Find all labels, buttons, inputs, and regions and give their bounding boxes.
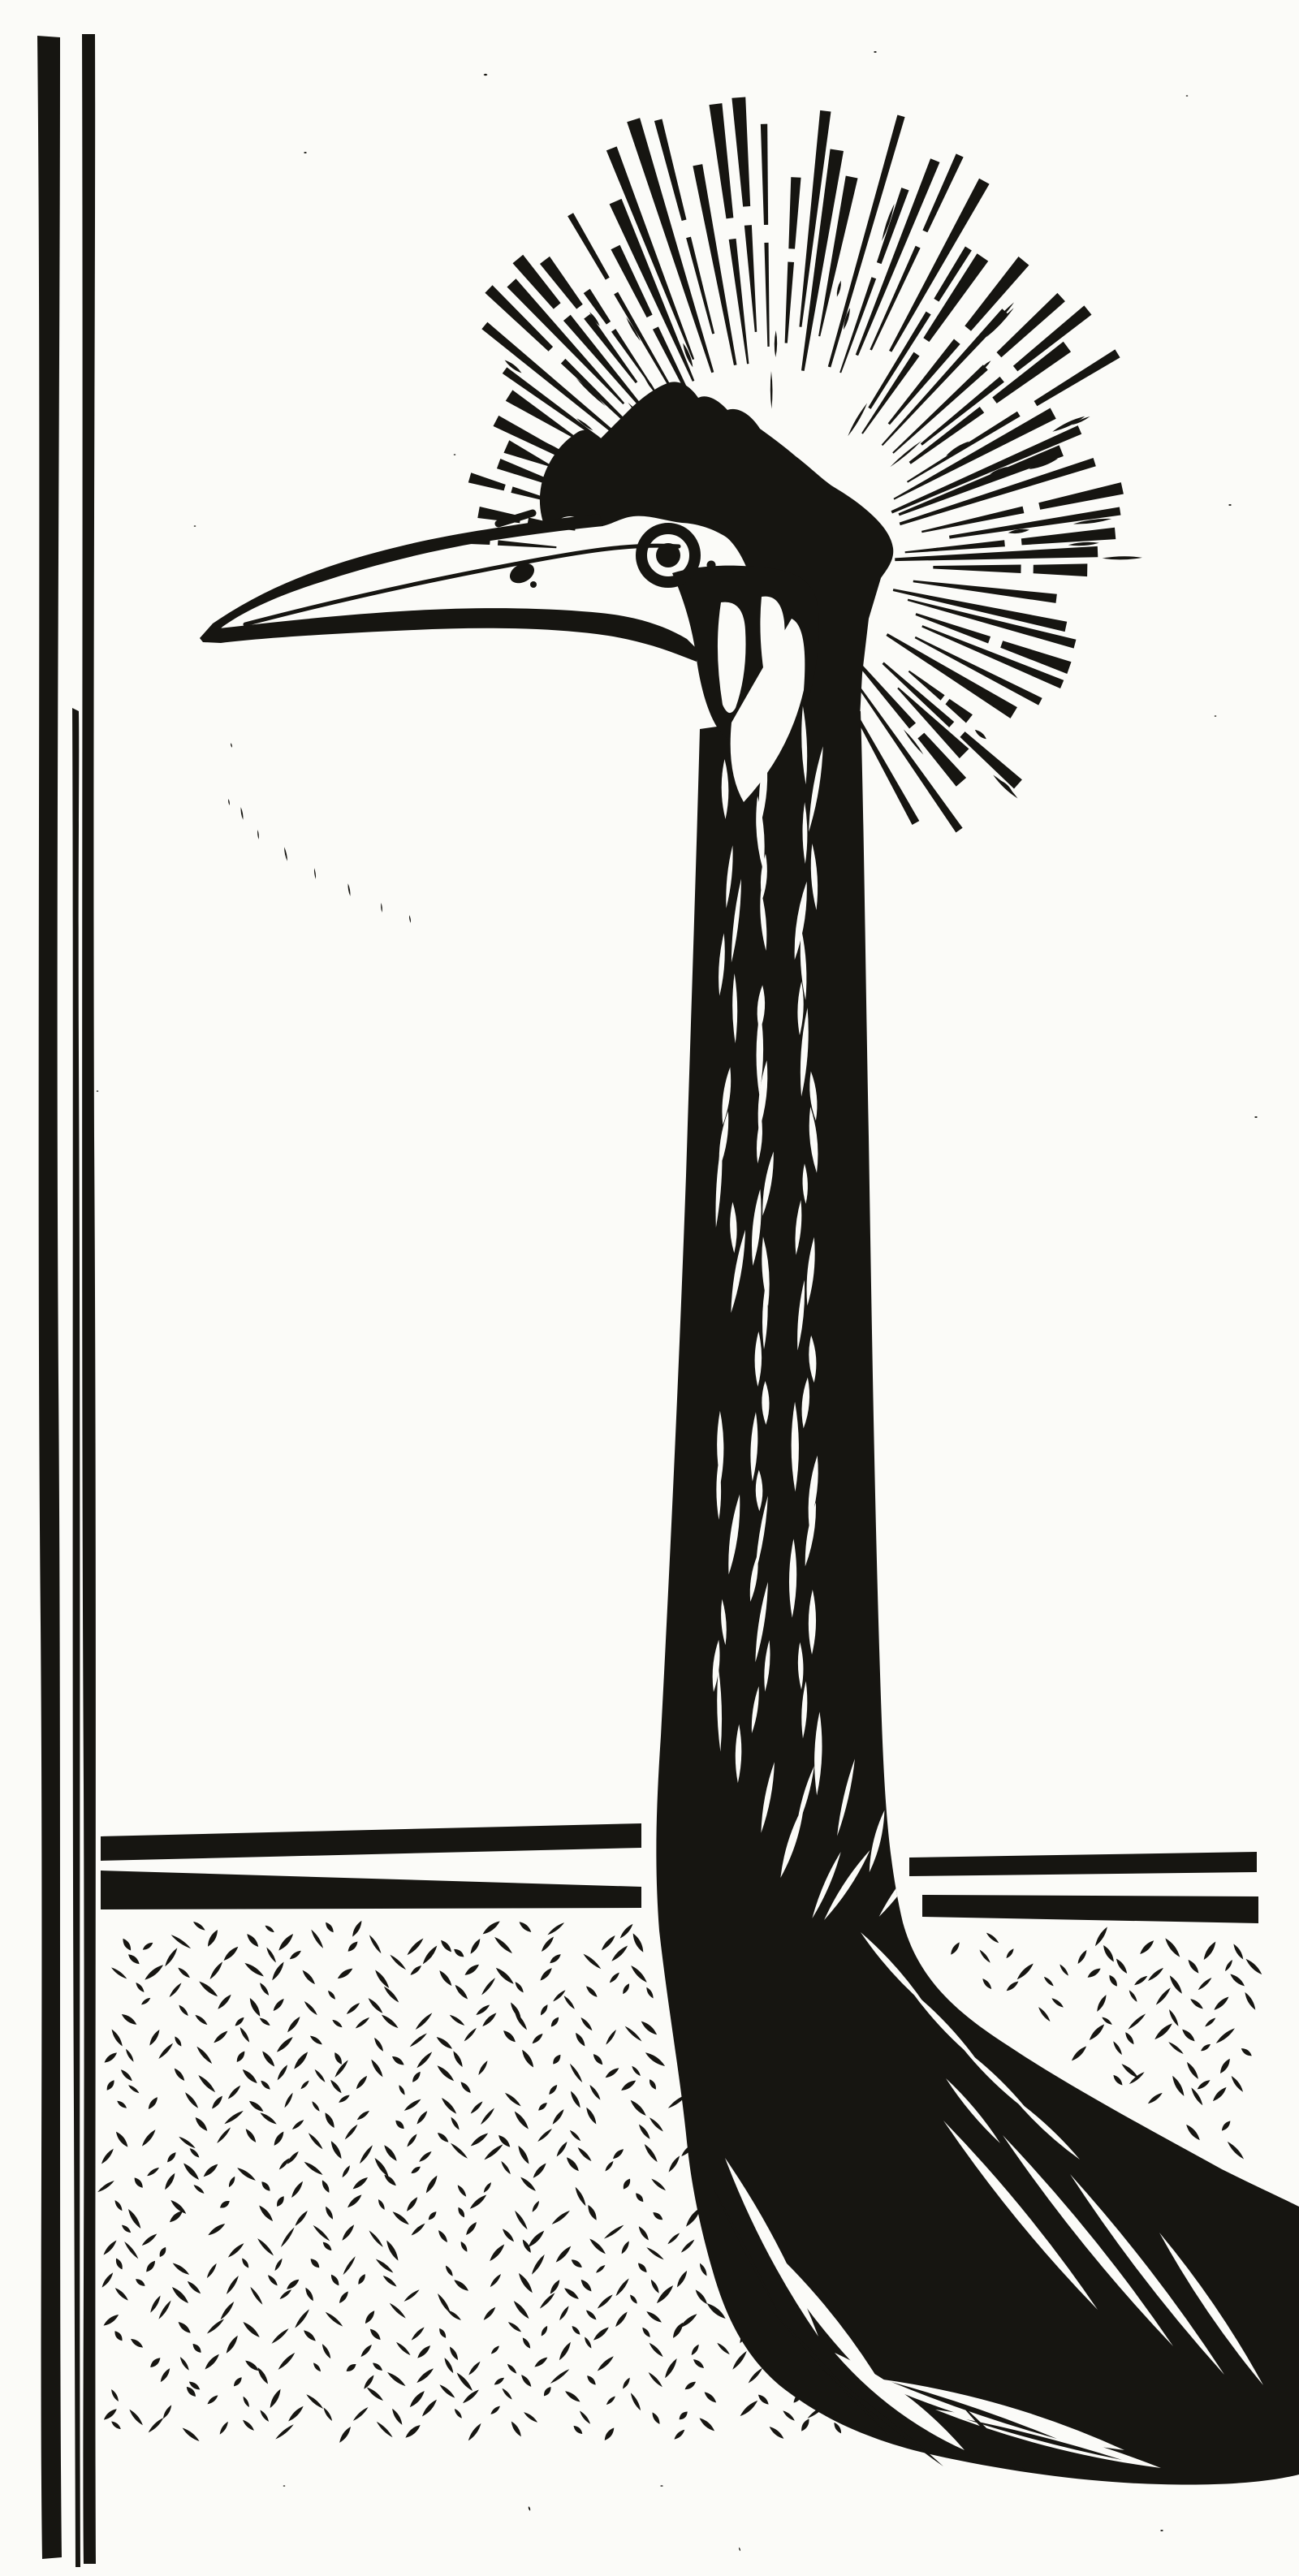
crane-print-canvas <box>0 0 1299 2576</box>
eye-pupil <box>656 543 680 567</box>
eye-pupil <box>707 561 716 570</box>
wall-line <box>82 34 96 2564</box>
eye-pupil <box>530 581 537 588</box>
crane-linocut-print <box>0 0 1299 2576</box>
